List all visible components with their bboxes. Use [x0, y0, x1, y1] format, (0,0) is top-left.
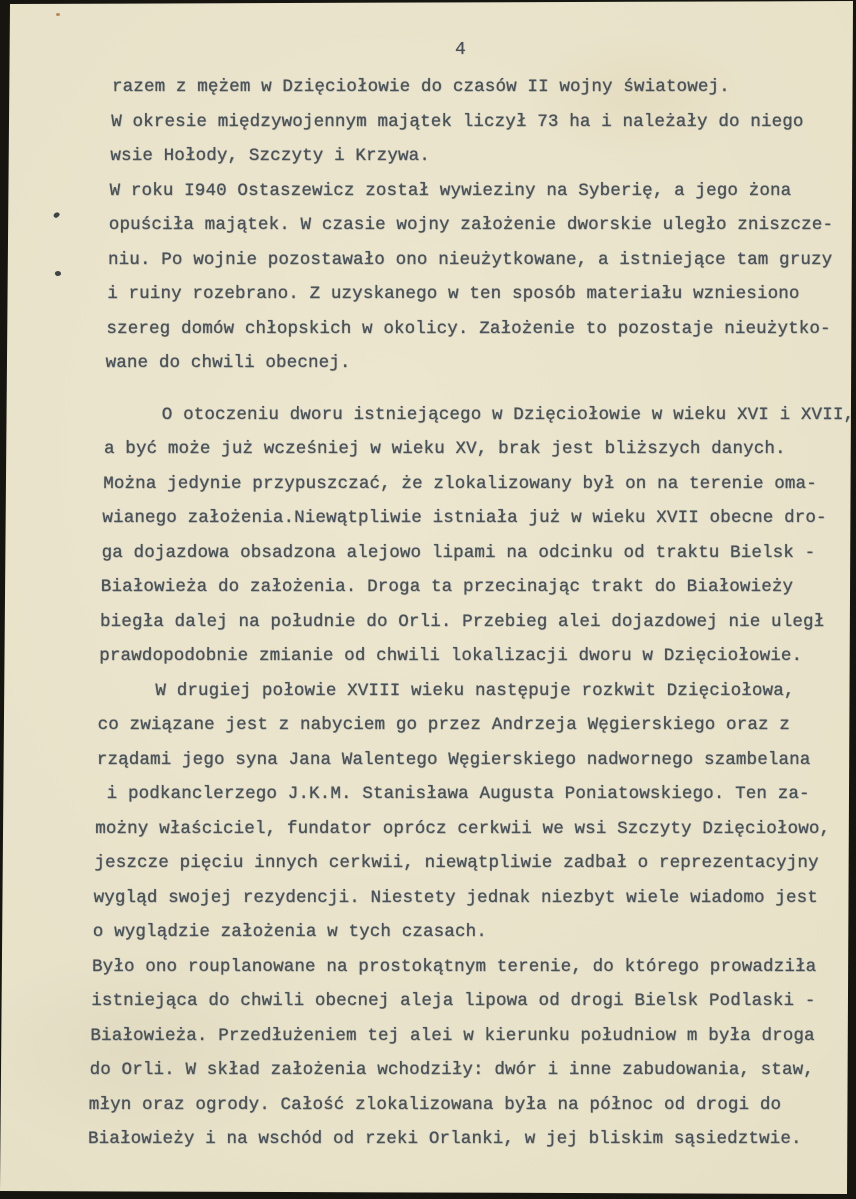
text-line: co związane jest z nabyciem go przez And… [98, 708, 856, 743]
text-line: i podkanclerzego J.K.M. Stanisława Augus… [96, 777, 856, 812]
text-line: wsie Hołody, Szczyty i Krzywa. [110, 139, 856, 174]
paper-sheet: 4 razem z mężem w Dzięciołowie do czasów… [0, 0, 856, 1199]
scanned-page: 4 razem z mężem w Dzięciołowie do czasów… [0, 0, 856, 1199]
text-line: szereg domów chłopskich w okolicy. Założ… [106, 312, 856, 347]
text-line: młyn oraz ogrody. Całość zlokalizowana b… [89, 1088, 856, 1123]
text-line: możny właściciel, fundator oprócz cerkwi… [95, 812, 856, 847]
text-line: ga dojazdowa obsadzona alejowo lipami na… [102, 536, 856, 571]
text-line: O otoczeniu dworu istniejącego w Dzięcio… [162, 398, 856, 433]
text-line: opuściła majątek. W czasie wojny założen… [109, 208, 856, 243]
text-line: o wyglądzie założenia w tych czasach. [93, 915, 856, 950]
text-line: biegła dalej na południe do Orli. Przebi… [100, 605, 856, 640]
text-line: W okresie międzywojennym majątek liczył … [111, 105, 856, 140]
text-line: jeszcze pięciu innych cerkwii, niewątpli… [94, 846, 856, 881]
page-number: 4 [455, 40, 466, 60]
typewritten-text-block: razem z mężem w Dzięciołowie do czasów I… [0, 70, 856, 1157]
text-line: niu. Po wojnie pozostawało ono nieużytko… [108, 243, 856, 278]
rust-speck [56, 13, 60, 16]
text-line: wygląd swojej rezydencji. Niestety jedna… [94, 881, 856, 916]
text-line: W drugiej połowie XVIII wieku następuje … [155, 674, 856, 709]
text-line: W roku I940 Ostaszewicz został wywieziny… [110, 174, 856, 209]
text-line: rządami jego syna Jana Walentego Węgiers… [97, 743, 856, 778]
text-line: Białowieża. Przedłużeniem tej alei w kie… [90, 1019, 856, 1054]
text-line: i ruiny rozebrano. Z uzyskanego w ten sp… [107, 277, 856, 312]
text-line: a być może już wcześniej w wieku XV, bra… [104, 432, 856, 467]
text-line: istniejąca do chwili obecnej aleja lipow… [91, 984, 856, 1019]
text-line: do Orli. W skład założenia wchodziły: dw… [90, 1053, 856, 1088]
text-line: Można jedynie przypuszczać, że zlokalizo… [103, 467, 856, 502]
text-line: Białowieża do założenia. Droga ta przeci… [101, 570, 856, 605]
text-line: wianego założenia.Niewątpliwie istniała … [102, 501, 856, 536]
text-line: razem z mężem w Dzięciołowie do czasów I… [112, 70, 856, 105]
text-line: wane do chwili obecnej. [106, 346, 856, 381]
text-line: Było ono rouplanowane na prostokątnym te… [92, 950, 856, 985]
text-line: Białowieży i na wschód od rzeki Orlanki,… [88, 1122, 856, 1157]
paragraph-gap [0, 381, 856, 398]
text-line: prawdopodobnie zmianie od chwili lokaliz… [99, 639, 856, 674]
